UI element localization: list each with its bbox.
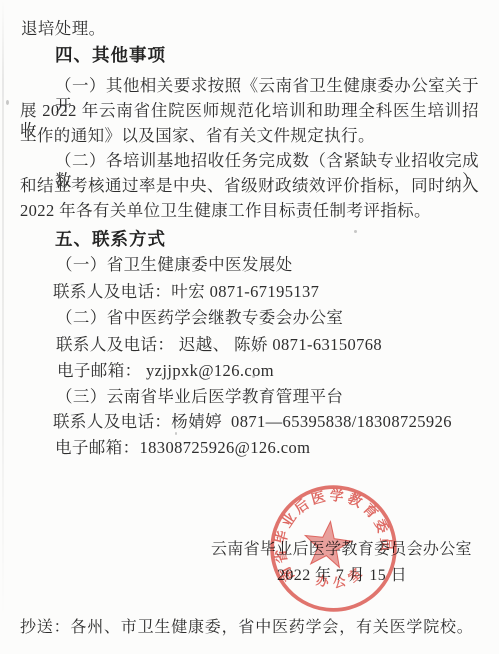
section4-para2-line3: 2022 年各有关单位卫生健康工作目标责任制考评指标。 — [20, 201, 431, 221]
official-seal: 云南省毕业后医学教育委员会 办公室 — [267, 482, 400, 615]
contact2-email-line: 电子邮箱： yzjjpxk@126.com — [57, 361, 274, 381]
contact1-phone-line: 联系人及电话：叶宏 0871-67195137 — [53, 282, 319, 302]
contact3-phone-line: 联系人及电话：杨婧婷 0871—65395838/18308725926 — [53, 412, 452, 432]
contact3-title: （三）云南省毕业后医学教育管理平台 — [56, 387, 343, 407]
section4-para2-line2: 和结业考核通过率是中央、省级财政绩效评价指标，同时纳入 — [20, 176, 479, 196]
intro-tail-line: 退培处理。 — [21, 19, 106, 39]
scan-speck — [252, 375, 255, 378]
scan-edge-shadow — [2, 0, 4, 654]
section5-heading: 五、联系方式 — [55, 229, 166, 249]
contact3-email-line: 电子邮箱：18308725926@126.com — [55, 438, 310, 458]
contact2-title: （二）省中医药学会继教专委会办公室 — [56, 308, 343, 328]
svg-text:办公室: 办公室 — [311, 560, 371, 596]
scan-speck — [354, 230, 357, 233]
contact2-phone-line: 联系人及电话： 迟越、 陈娇 0871-63150768 — [56, 335, 382, 355]
section4-heading: 四、其他事项 — [55, 45, 166, 65]
cc-line: 抄送：各州、市卫生健康委，省中医药学会，有关医学院校。 — [20, 618, 474, 638]
scan-speck — [6, 100, 9, 105]
seal-bottom-text: 办公室 — [311, 560, 371, 596]
contact1-title: （一）省卫生健康委中医发展处 — [56, 255, 293, 275]
document-body: 退培处理。 四、其他事项 （一）其他相关要求按照《云南省卫生健康委办公室关于开 … — [0, 0, 499, 654]
scan-speck — [175, 432, 177, 435]
scanned-document-page: { "document": { "intro_tail_line": "退培处理… — [0, 0, 499, 654]
seal-star-icon — [302, 519, 354, 569]
section4-para1-line3: 工作的通知》以及国家、省有关文件规定执行。 — [20, 126, 375, 146]
